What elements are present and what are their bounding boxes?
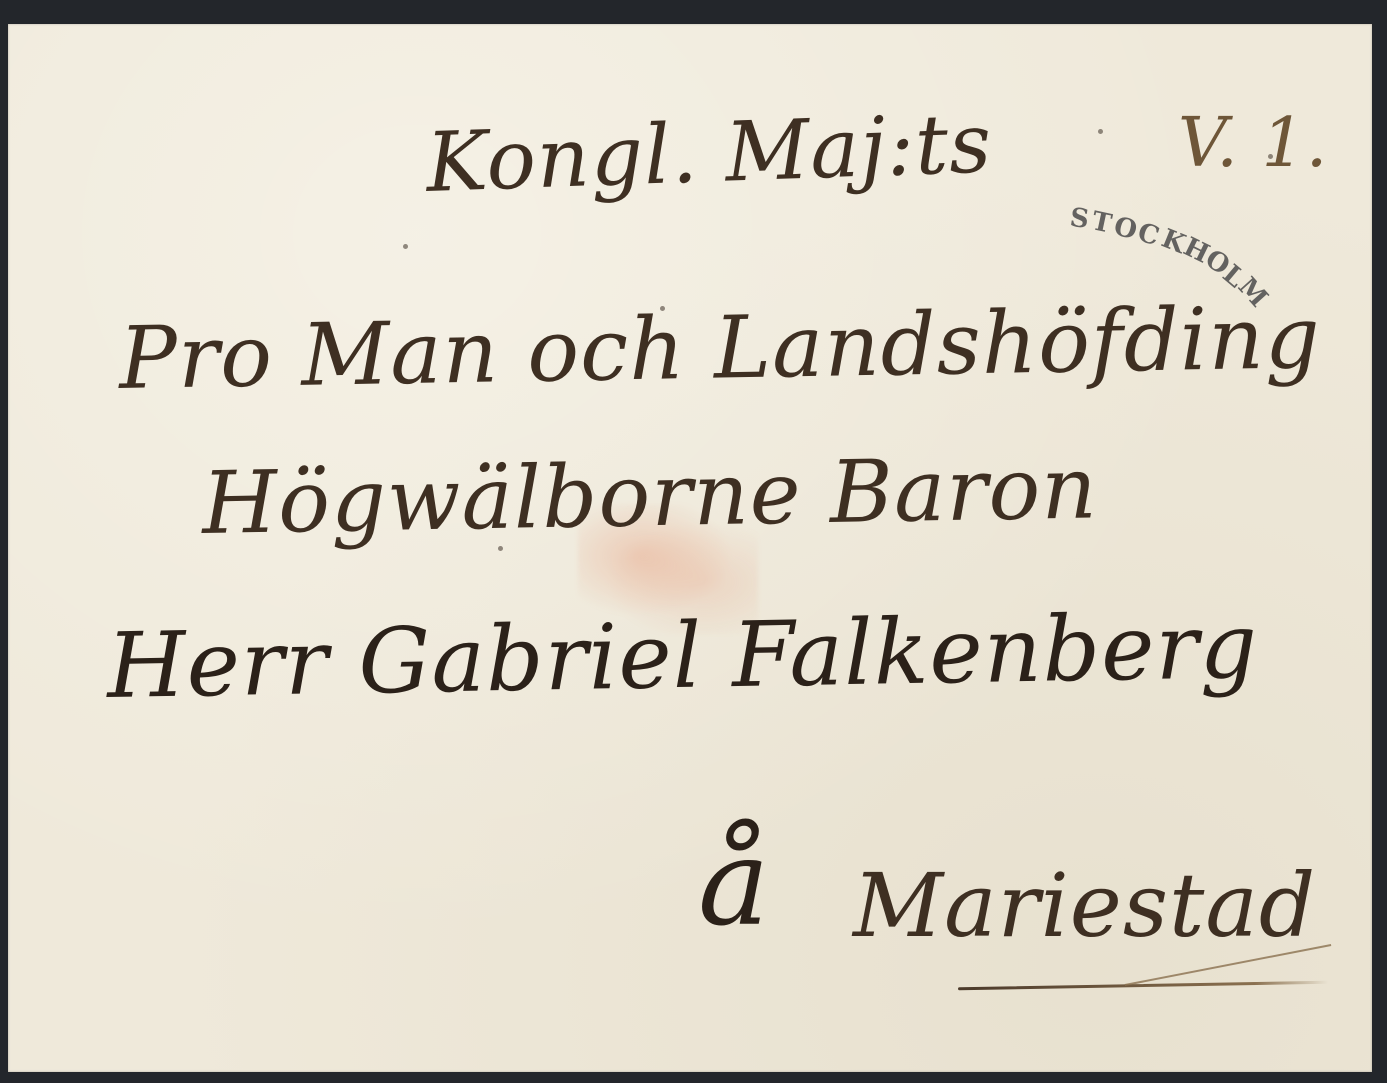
address-city: Mariestad xyxy=(853,854,1316,957)
foxing-spot xyxy=(1098,129,1103,134)
envelope-cover: Kongl. Maj:ts V. 1. S T O C K H O L M Pr… xyxy=(8,24,1372,1072)
address-line-title: Pro Man och Landshöfding xyxy=(118,288,1321,409)
official-heading: Kongl. Maj:ts xyxy=(425,96,994,211)
postmark-letter: S xyxy=(1068,203,1092,235)
foxing-spot xyxy=(403,244,408,249)
foxing-spot xyxy=(660,306,665,311)
foxing-spot xyxy=(498,546,503,551)
rate-marking: V. 1. xyxy=(1178,104,1328,183)
address-prefix: å xyxy=(698,814,771,953)
address-line-name: Herr Gabriel Falkenberg xyxy=(106,594,1259,719)
foxing-spot xyxy=(1268,154,1273,159)
address-line-honorific: Högwälborne Baron xyxy=(201,438,1098,554)
